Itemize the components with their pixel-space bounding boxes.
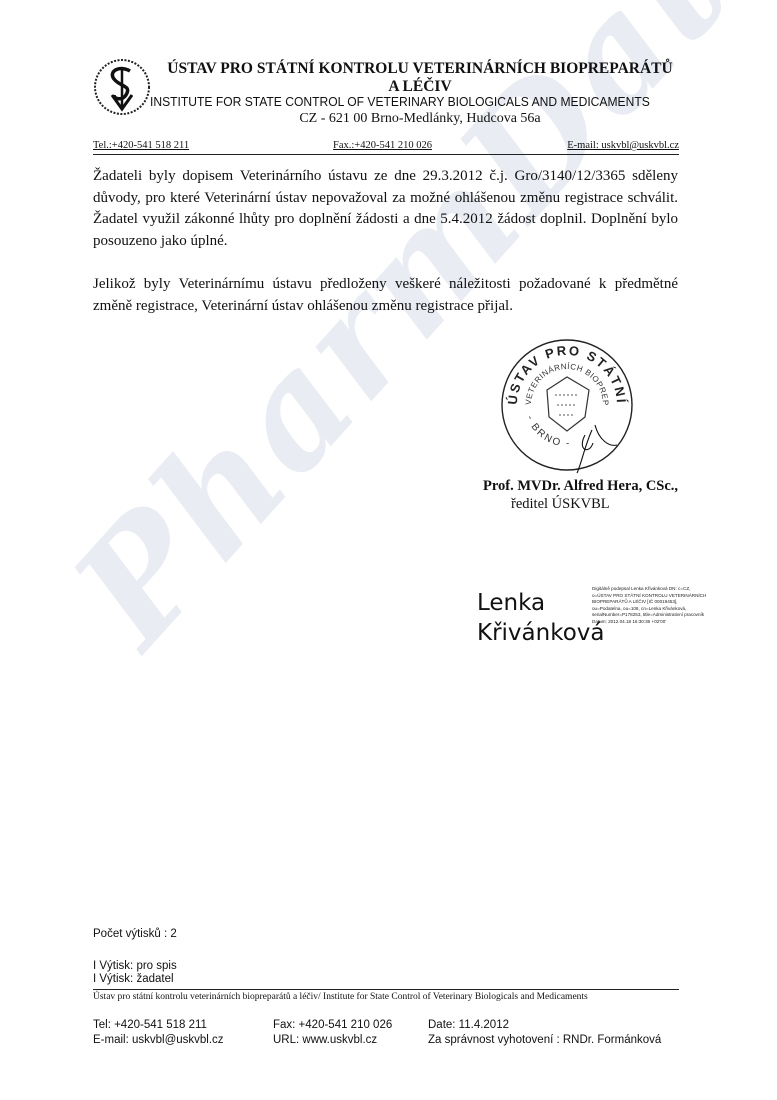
footer-tel: Tel: +420-541 518 211 [93,1018,224,1033]
digital-signature-last-name: Křivánková [477,618,605,648]
footer-email: E-mail: uskvbl@uskvbl.cz [93,1033,224,1048]
copy-item: I Výtisk: žadatel [93,973,177,986]
stamp-text-bottom: - BRNO - [524,414,571,449]
header-contact-row: Tel.:+420-541 518 211 Fax.:+420-541 210 … [93,140,679,155]
signatory-role: ředitel ÚSKVBL [511,496,610,513]
header-tel: Tel.:+420-541 518 211 [93,140,189,151]
digital-signature-first-name: Lenka [477,588,605,618]
header-email: E-mail: uskvbl@uskvbl.cz [567,140,679,151]
copy-item: I Výtisk: pro spis [93,960,177,973]
digital-signature-name: Lenka Křivánková [477,588,605,648]
footer-date: Date: 11.4.2012 [428,1018,661,1033]
institute-name-english: INSTITUTE FOR STATE CONTROL OF VETERINAR… [150,94,643,109]
signatory-name: Prof. MVDr. Alfred Hera, CSc., [483,478,678,495]
official-stamp-icon: ÚSTAV PRO STÁTNÍ KONTROLU VETERINÁRNÍCH … [497,335,637,475]
paragraph-2: Jelikož byly Veterinárnímu ústavu předlo… [93,274,678,317]
footer-divider [93,989,679,990]
paragraph-1: Žadateli byly dopisem Veterinárního ústa… [93,166,678,252]
digital-signature-details: Digitálně podepsal Lenka Křivánková DN: … [592,586,707,626]
copies-list: I Výtisk: pro spis I Výtisk: žadatel [93,960,177,986]
footer-contact-col: Tel: +420-541 518 211 E-mail: uskvbl@usk… [93,1018,224,1048]
copies-count: Počet výtisků : 2 [93,928,177,940]
footer-prepared-by: Za správnost vyhotovení : RNDr. Formánko… [428,1033,661,1048]
footer-web-col: Fax: +420-541 210 026 URL: www.uskvbl.cz [273,1018,392,1048]
institute-name: ÚSTAV PRO STÁTNÍ KONTROLU VETERINÁRNÍCH … [150,60,690,96]
footer-fax: Fax: +420-541 210 026 [273,1018,392,1033]
svg-text:- BRNO -: - BRNO - [524,414,571,449]
footer-institute: Ústav pro státní kontrolu veterinárních … [93,992,679,1002]
header-fax: Fax.:+420-541 210 026 [333,140,432,151]
footer-date-col: Date: 11.4.2012 Za správnost vyhotovení … [428,1018,661,1048]
footer-url: URL: www.uskvbl.cz [273,1033,392,1048]
institute-logo-icon [92,57,152,117]
letter-body: Žadateli byly dopisem Veterinárního ústa… [93,166,678,339]
institute-address: CZ - 621 00 Brno-Medlánky, Hudcova 56a [150,111,690,127]
institute-name-line1: ÚSTAV PRO STÁTNÍ KONTROLU VETERINÁRNÍCH … [150,60,690,78]
